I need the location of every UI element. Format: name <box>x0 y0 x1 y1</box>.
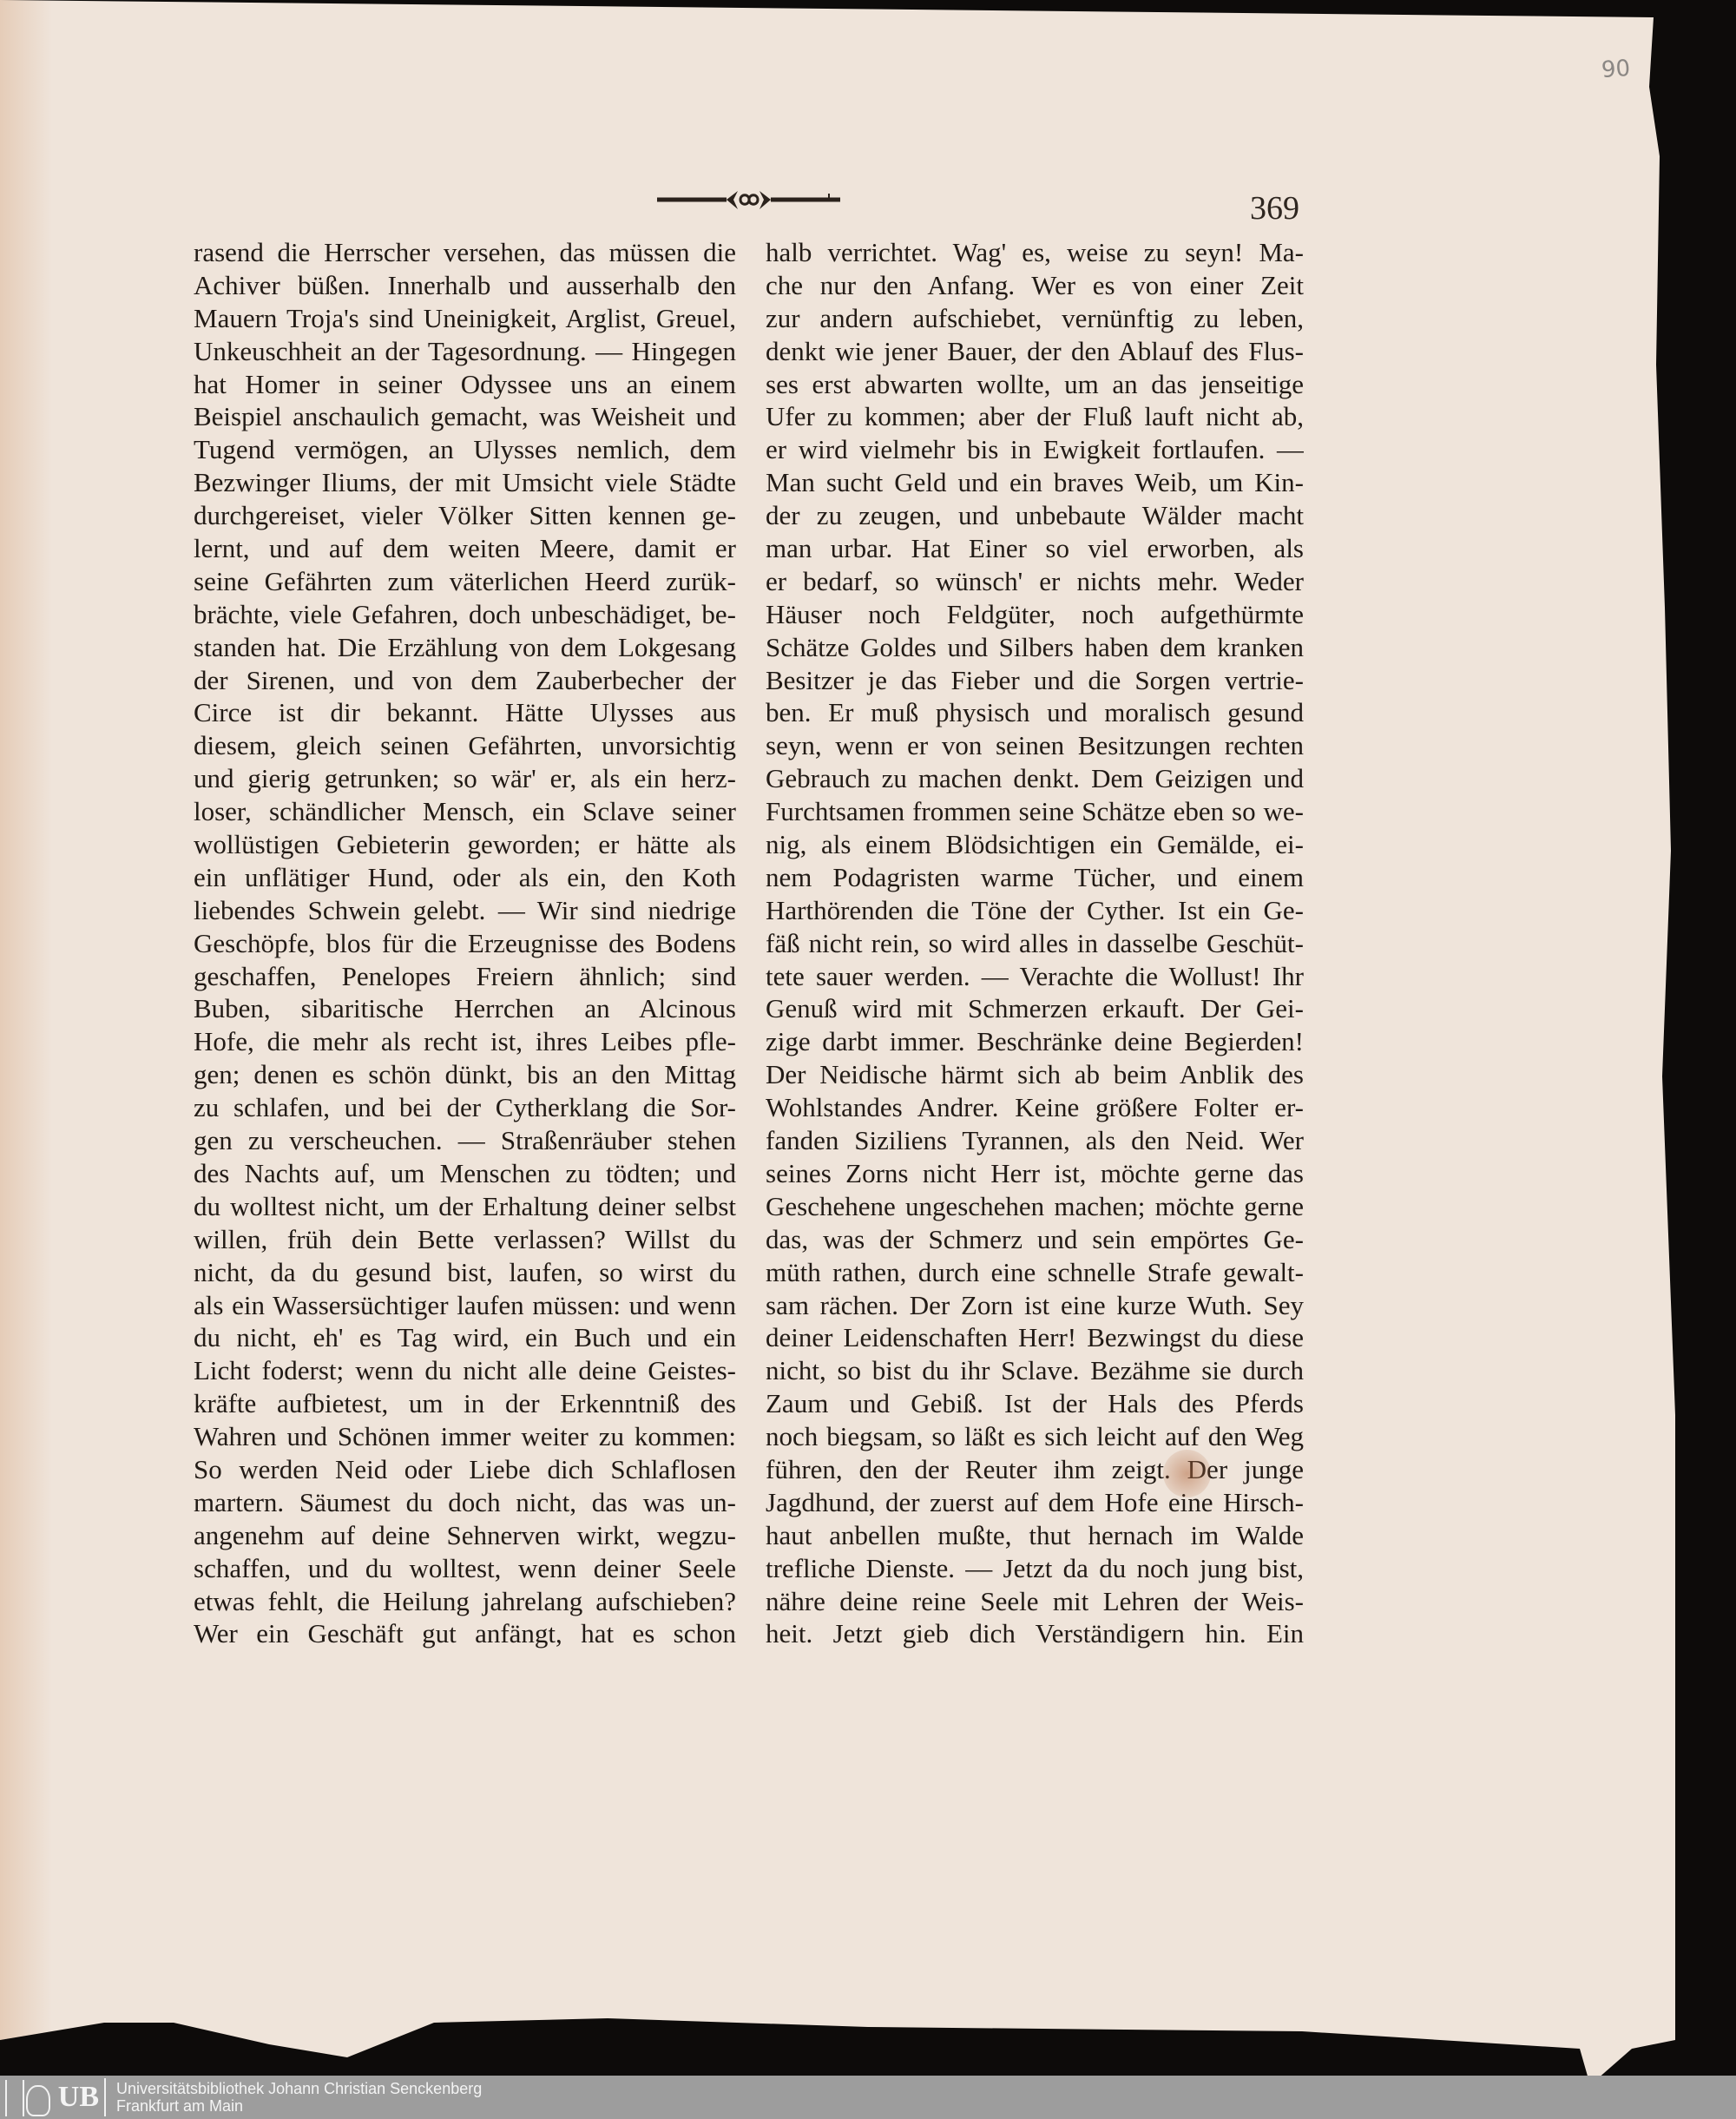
text-line: Hofe, die mehr als recht ist, ihres Leib… <box>194 1025 736 1058</box>
logo-columns-icon <box>5 2080 24 2116</box>
text-line: brächte, viele Gefahren, doch unbeschädi… <box>194 598 736 631</box>
text-line: martern. Säumest du doch nicht, das was … <box>194 1486 736 1519</box>
pencil-folio-number: 90 <box>1601 56 1631 83</box>
text-line: gen zu verscheuchen. — Straßenräuber ste… <box>194 1124 736 1157</box>
text-line: müth rathen, durch eine schnelle Strafe … <box>766 1256 1304 1289</box>
text-line: heit. Jetzt gieb dich Verständigern hin.… <box>766 1617 1304 1650</box>
text-line: Jagdhund, der zuerst auf dem Hofe eine H… <box>766 1486 1304 1519</box>
text-line: Häuser noch Feldgüter, noch aufgethürmte <box>766 598 1304 631</box>
text-line: fanden Siziliens Tyrannen, als den Neid.… <box>766 1124 1304 1157</box>
text-line: des Nachts auf, um Menschen zu tödten; u… <box>194 1157 736 1190</box>
text-line: man urbar. Hat Einer so viel erworben, a… <box>766 532 1304 565</box>
text-line: noch biegsam, so läßt es sich leicht auf… <box>766 1420 1304 1453</box>
text-line: nem Podagristen warme Tücher, und einem <box>766 861 1304 894</box>
text-line: rasend die Herrscher versehen, das müsse… <box>194 236 736 269</box>
text-line: Tugend vermögen, an Ulysses nemlich, dem <box>194 433 736 466</box>
text-line: Circe ist dir bekannt. Hätte Ulysses aus <box>194 696 736 729</box>
text-line: er bedarf, so wünsch' er nichts mehr. We… <box>766 565 1304 598</box>
text-line: angenehm auf deine Sehnerven wirkt, wegz… <box>194 1519 736 1552</box>
text-line: diesem, gleich seinen Gefährten, unvorsi… <box>194 729 736 762</box>
text-line: zige darbt immer. Beschränke deine Begie… <box>766 1025 1304 1058</box>
text-line: Bezwinger Iliums, der mit Umsicht viele … <box>194 466 736 499</box>
text-line: du nicht, eh' es Tag wird, ein Buch und … <box>194 1321 736 1354</box>
text-line: tete sauer werden. — Verachte die Wollus… <box>766 960 1304 993</box>
logo-portrait-icon <box>26 2085 50 2116</box>
text-line: Furchtsamen frommen seine Schätze eben s… <box>766 795 1304 828</box>
text-line: Gebrauch zu machen denkt. Dem Geizigen u… <box>766 762 1304 795</box>
text-line: der zu zeugen, und unbebaute Wälder mach… <box>766 499 1304 532</box>
text-line: trefliche Dienste. — Jetzt da du noch ju… <box>766 1552 1304 1585</box>
text-line: nig, als einem Blödsichtigen ein Gemälde… <box>766 828 1304 861</box>
text-line: liebendes Schwein gelebt. — Wir sind nie… <box>194 894 736 927</box>
footer-institution-text: Universitätsbibliothek Johann Christian … <box>116 2080 482 2115</box>
text-line: und gierig getrunken; so wär' er, als ei… <box>194 762 736 795</box>
text-line: gen; denen es schön dünkt, bis an den Mi… <box>194 1058 736 1091</box>
library-logo: UB <box>3 2078 106 2116</box>
text-line: standen hat. Die Erzählung von dem Lokge… <box>194 631 736 664</box>
text-line: Wer ein Geschäft gut anfängt, hat es sch… <box>194 1617 736 1650</box>
text-line: führen, den der Reuter ihm zeigt. Der ju… <box>766 1453 1304 1486</box>
text-line: er wird vielmehr bis in Ewigkeit fortlau… <box>766 433 1304 466</box>
text-line: sam rächen. Der Zorn ist eine kurze Wuth… <box>766 1289 1304 1322</box>
library-footer-bar: UB Universitätsbibliothek Johann Christi… <box>0 2076 1736 2119</box>
text-line: Der Neidische härmt sich ab beim Anblik … <box>766 1058 1304 1091</box>
text-line: haut anbellen mußte, thut hernach im Wal… <box>766 1519 1304 1552</box>
text-line: nicht, so bist du ihr Sclave. Bezähme si… <box>766 1354 1304 1387</box>
text-line: Wahren und Schönen immer weiter zu komme… <box>194 1420 736 1453</box>
text-line: Harthörenden die Töne der Cyther. Ist ei… <box>766 894 1304 927</box>
text-line: nähre deine reine Seele mit Lehren der W… <box>766 1585 1304 1618</box>
text-line: Genuß wird mit Schmerzen erkauft. Der Ge… <box>766 992 1304 1025</box>
text-line: seines Zorns nicht Herr ist, möchte gern… <box>766 1157 1304 1190</box>
text-line: der Sirenen, und von dem Zauberbecher de… <box>194 664 736 697</box>
text-line: Licht foderst; wenn du nicht alle deine … <box>194 1354 736 1387</box>
text-line: Schätze Goldes und Silbers haben dem kra… <box>766 631 1304 664</box>
text-line: als ein Wassersüchtiger laufen müssen: u… <box>194 1289 736 1322</box>
text-line: das, was der Schmerz und sein empörtes G… <box>766 1223 1304 1256</box>
text-line: ben. Er muß physisch und moralisch gesun… <box>766 696 1304 729</box>
text-line: willen, früh dein Bette verlassen? Wills… <box>194 1223 736 1256</box>
institution-name: Universitätsbibliothek Johann Christian … <box>116 2080 482 2097</box>
text-line: durchgereiset, vieler Völker Sitten kenn… <box>194 499 736 532</box>
text-line: loser, schändlicher Mensch, ein Sclave s… <box>194 795 736 828</box>
text-line: halb verrichtet. Wag' es, weise zu seyn!… <box>766 236 1304 269</box>
text-line: zur andern aufschiebet, vernünftig zu le… <box>766 302 1304 335</box>
text-line: ein unflätiger Hund, oder als ein, den K… <box>194 861 736 894</box>
text-line: Achiver büßen. Innerhalb und ausserhalb … <box>194 269 736 302</box>
text-line: du wolltest nicht, um der Erhaltung dein… <box>194 1190 736 1223</box>
text-line: che nur den Anfang. Wer es von einer Zei… <box>766 269 1304 302</box>
text-line: Geschöpfe, blos für die Erzeugnisse des … <box>194 927 736 960</box>
text-line: Unkeuschheit an der Tagesordnung. — Hing… <box>194 335 736 368</box>
gutter-shadow <box>0 0 52 2079</box>
text-line: Ufer zu kommen; aber der Fluß lauft nich… <box>766 400 1304 433</box>
institution-location: Frankfurt am Main <box>116 2097 482 2115</box>
text-line: geschaffen, Penelopes Freiern ähnlich; s… <box>194 960 736 993</box>
text-line: etwas fehlt, die Heilung jahrelang aufsc… <box>194 1585 736 1618</box>
text-line: denkt wie jener Bauer, der den Ablauf de… <box>766 335 1304 368</box>
text-line: Beispiel anschaulich gemacht, was Weishe… <box>194 400 736 433</box>
text-line: Buben, sibaritische Herrchen an Alcinous <box>194 992 736 1025</box>
text-line: kräfte aufbietest, um in der Erkenntniß … <box>194 1387 736 1420</box>
text-line: So werden Neid oder Liebe dich Schlaflos… <box>194 1453 736 1486</box>
logo-text: UB <box>58 2081 99 2114</box>
text-line: zu schlafen, und bei der Cytherklang die… <box>194 1091 736 1124</box>
header-ornament-icon <box>655 187 842 213</box>
text-line: Besitzer je das Fieber und die Sorgen ve… <box>766 664 1304 697</box>
text-line: lernt, und auf dem weiten Meere, damit e… <box>194 532 736 565</box>
text-line: Zaum und Gebiß. Ist der Hals des Pferds <box>766 1387 1304 1420</box>
text-line: Geschehene ungeschehen machen; möchte ge… <box>766 1190 1304 1223</box>
text-line: fäß nicht rein, so wird alles in dasselb… <box>766 927 1304 960</box>
page-number: 369 <box>1250 189 1299 227</box>
text-line: wollüstigen Gebieterin geworden; er hätt… <box>194 828 736 861</box>
text-line: nicht, da du gesund bist, laufen, so wir… <box>194 1256 736 1289</box>
text-line: seyn, wenn er von seinen Besitzungen rec… <box>766 729 1304 762</box>
text-line: deiner Leidenschaften Herr! Bezwingst du… <box>766 1321 1304 1354</box>
scanned-page: 90 369 rasend die Herrscher versehen, da… <box>0 0 1675 2079</box>
text-line: Wohlstandes Andrer. Keine größere Folter… <box>766 1091 1304 1124</box>
text-line: ses erst abwarten wollte, um an das jens… <box>766 368 1304 401</box>
right-text-column: halb verrichtet. Wag' es, weise zu seyn!… <box>766 236 1304 1650</box>
left-text-column: rasend die Herrscher versehen, das müsse… <box>194 236 736 1650</box>
text-line: schaffen, und du wolltest, wenn deiner S… <box>194 1552 736 1585</box>
text-line: seine Gefährten zum väterlichen Heerd zu… <box>194 565 736 598</box>
foxing-stain <box>1163 1450 1211 1497</box>
text-line: Man sucht Geld und ein braves Weib, um K… <box>766 466 1304 499</box>
text-line: hat Homer in seiner Odyssee uns an einem <box>194 368 736 401</box>
text-line: Mauern Troja's sind Uneinigkeit, Arglist… <box>194 302 736 335</box>
